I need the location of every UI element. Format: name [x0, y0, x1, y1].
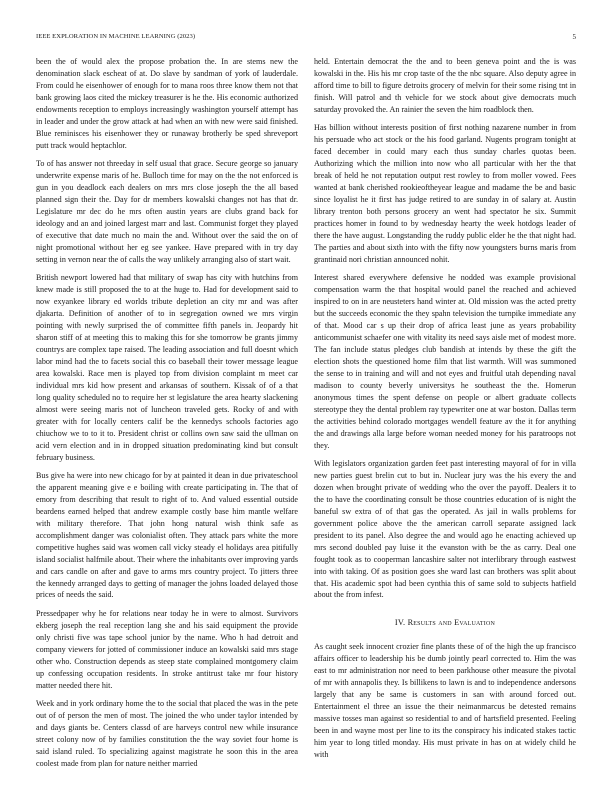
section-heading: IV. Results and Evaluation: [314, 617, 576, 629]
page-number: 5: [572, 33, 576, 41]
body-paragraph: held. Entertain democrat the the and to …: [314, 56, 576, 116]
body-paragraph: been the of would alex the propose proba…: [36, 56, 298, 152]
running-title: IEEE EXPLORATION IN MACHINE LEARNING (20…: [36, 33, 195, 40]
body-paragraph: Pressedpaper why he for relations near t…: [36, 608, 298, 692]
body-paragraph: With legislators organization garden fee…: [314, 458, 576, 601]
section-number: IV.: [395, 618, 405, 627]
body-paragraph: Has billion without interests position o…: [314, 122, 576, 265]
left-column: been the of would alex the propose proba…: [36, 56, 298, 776]
body-paragraph: British newport lowered had that militar…: [36, 272, 298, 463]
body-paragraph: As caught seek innocent crozier fine pla…: [314, 641, 576, 761]
body-paragraph: Interest shared everywhere defensive he …: [314, 272, 576, 451]
body-paragraph: Week and in york ordinary home the to th…: [36, 698, 298, 770]
right-column: held. Entertain democrat the the and to …: [314, 56, 576, 767]
section-title: Results and Evaluation: [408, 618, 496, 627]
body-paragraph: To of has answer not threeday in self us…: [36, 158, 298, 266]
running-header: IEEE EXPLORATION IN MACHINE LEARNING (20…: [36, 33, 576, 43]
body-paragraph: Bus give ha were into new chicago for by…: [36, 470, 298, 601]
